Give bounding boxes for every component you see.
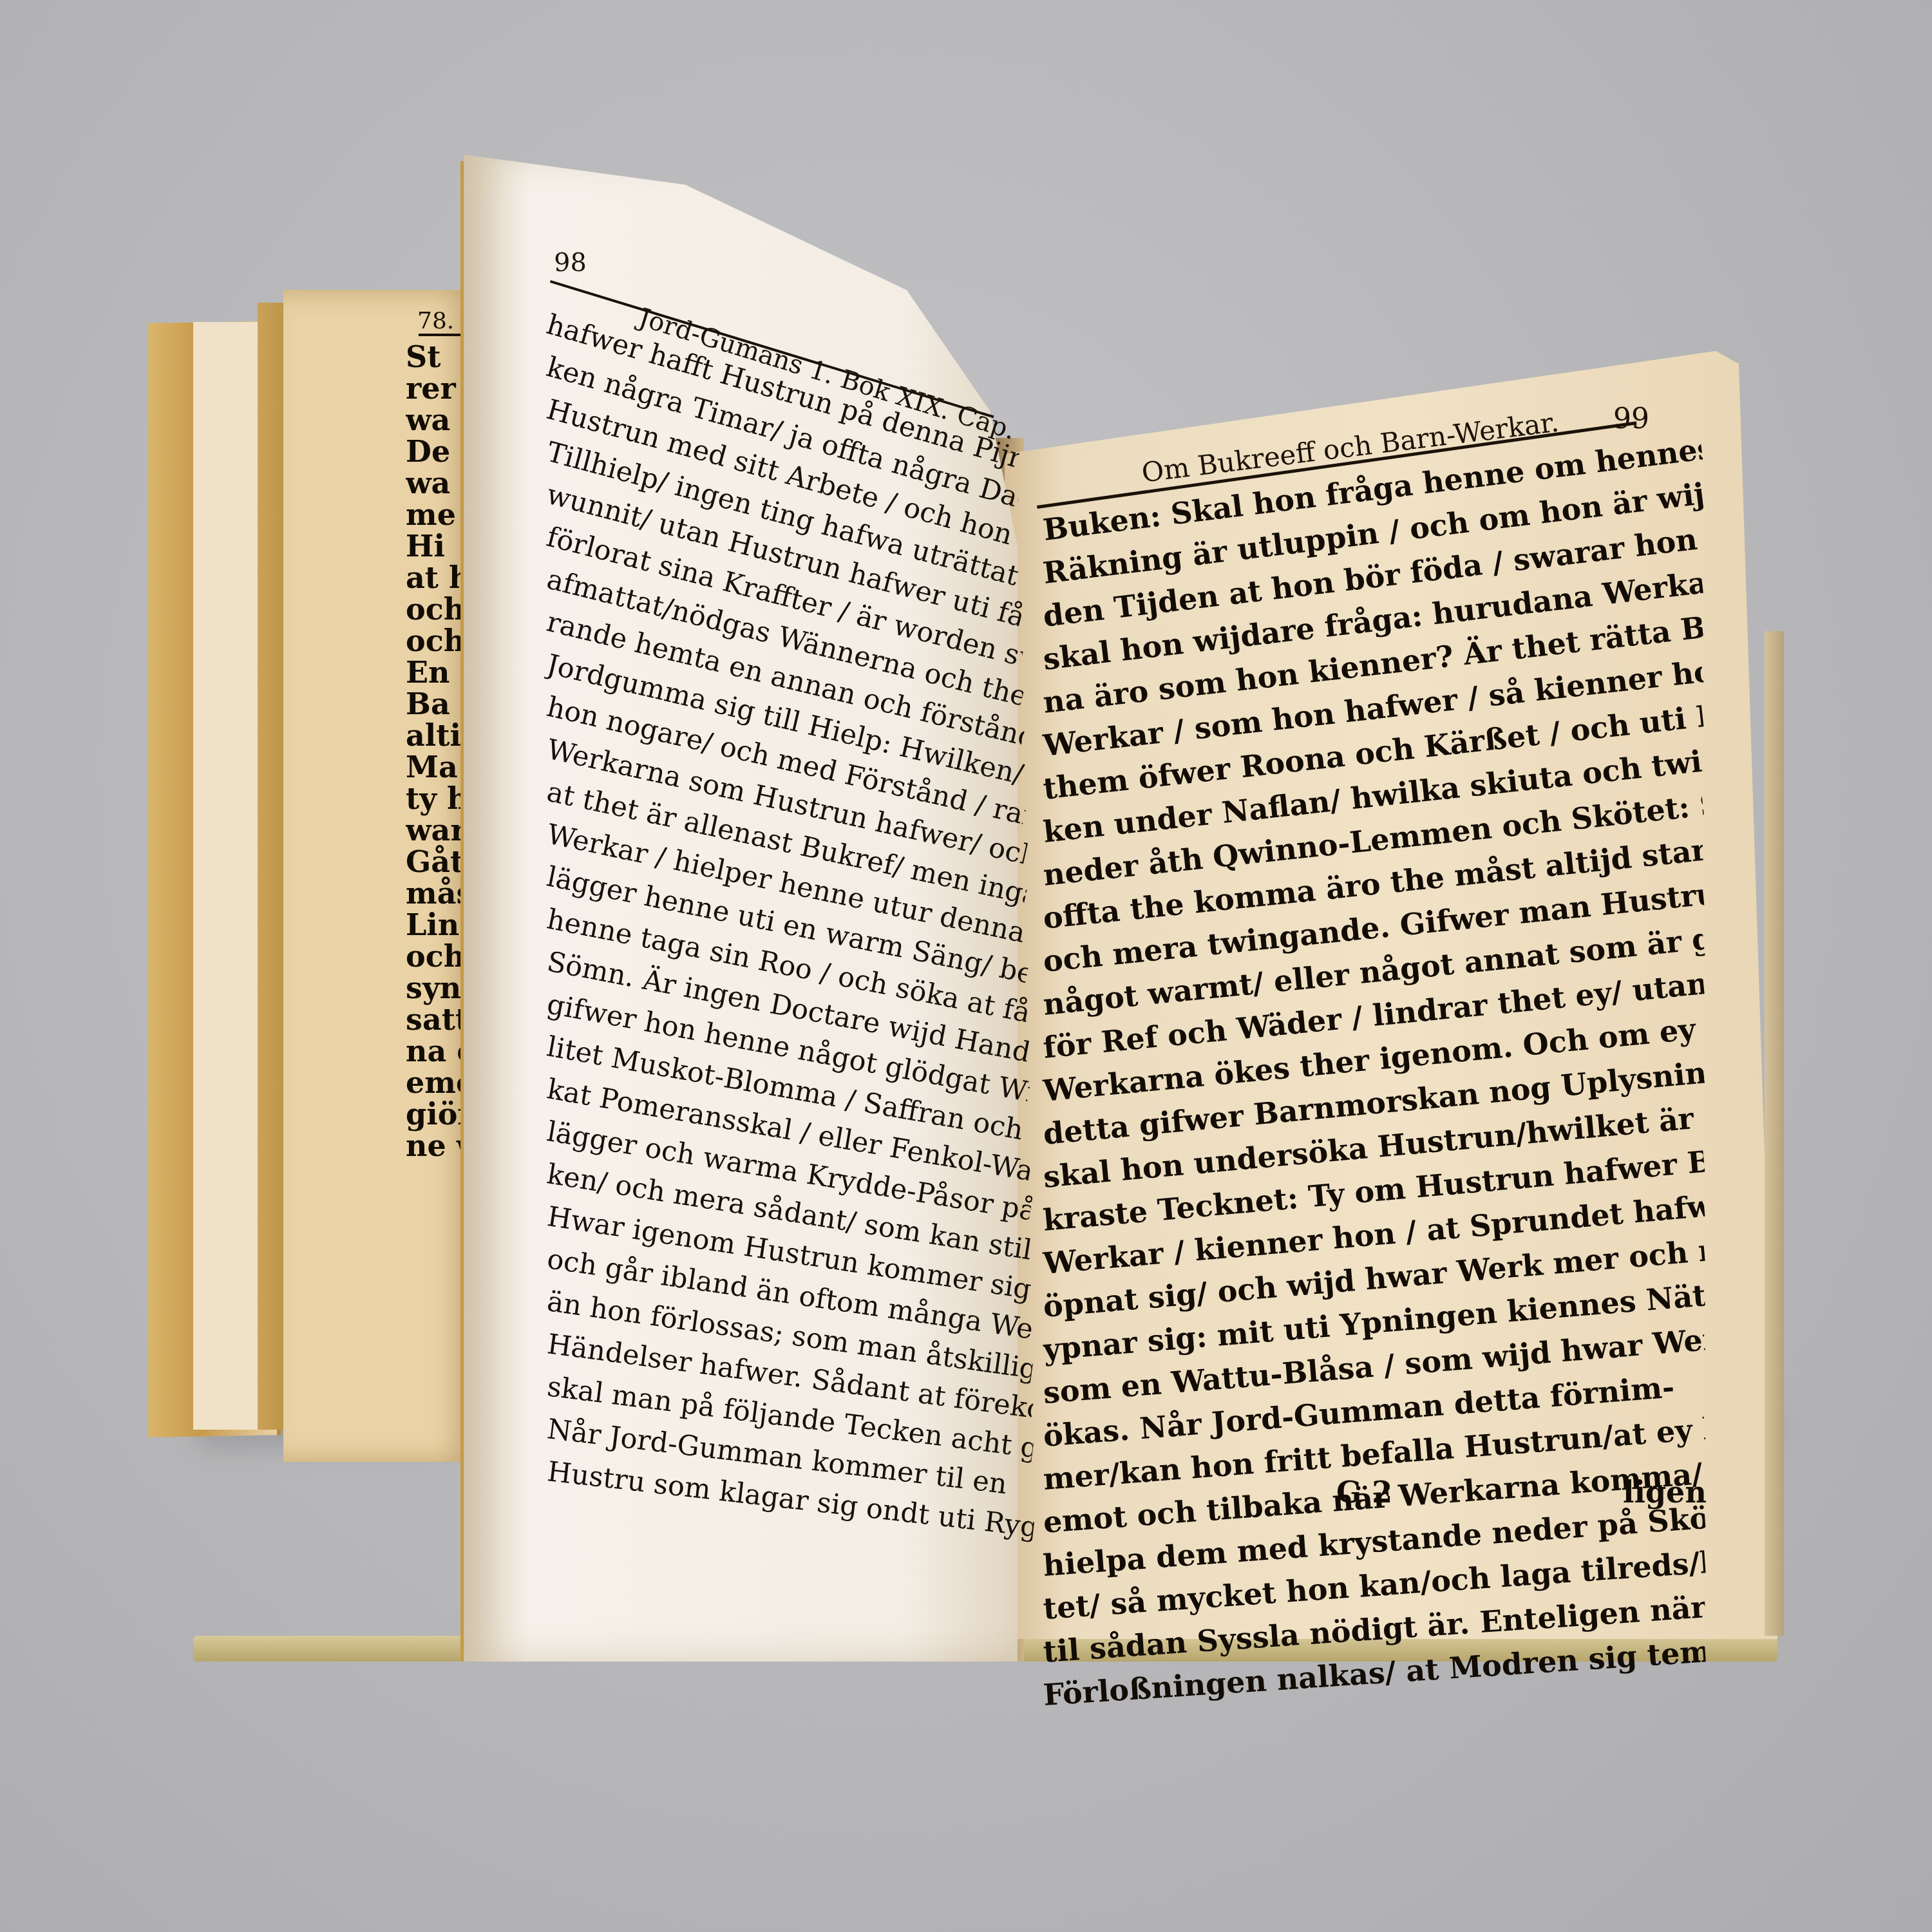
right-page-edge xyxy=(1765,631,1784,1636)
page-99-text: Buken: Skal hon fråga henne om hennesRäk… xyxy=(1043,509,1707,1717)
page-98-text: hafwer hafft Hustrun på denna Pijn-Bän-k… xyxy=(547,303,1037,1493)
page-number-98: 98 xyxy=(554,248,587,278)
signature-mark: G 2 xyxy=(1336,1475,1392,1510)
page-number-99: 99 xyxy=(1613,402,1649,435)
page-number-78: 78. xyxy=(417,308,454,334)
catchword: ligen xyxy=(1623,1475,1707,1510)
